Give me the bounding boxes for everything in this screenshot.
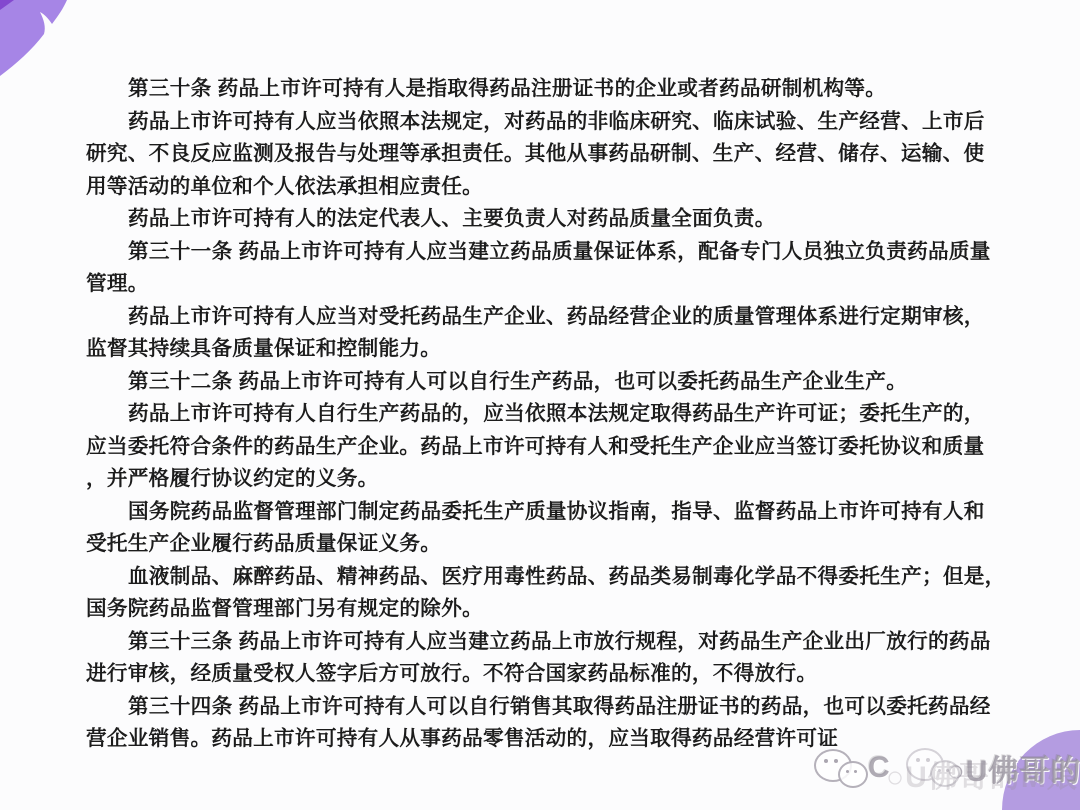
text-line: 国务院药品监督管理部门另有规定的除外。 bbox=[86, 593, 1004, 626]
text-line: 第三十三条 药品上市许可持有人应当建立药品上市放行规程，对药品生产企业出厂放行的… bbox=[86, 626, 1004, 659]
text-line: 管理。 bbox=[86, 268, 1004, 301]
wechat-bubble-small bbox=[930, 760, 960, 787]
corner-blob-top-left bbox=[0, 0, 90, 96]
blob-dark-accent bbox=[0, 0, 14, 10]
text-line: 受托生产企业履行药品质量保证义务。 bbox=[86, 528, 1004, 561]
text-line: 药品上市许可持有人应当对受托药品生产企业、药品经营企业的质量管理体系进行定期审核… bbox=[86, 301, 1004, 334]
text-line: 药品上市许可持有人自行生产药品的，应当依照本法规定取得药品生产许可证；委托生产的… bbox=[86, 398, 1004, 431]
document-body: 第三十条 药品上市许可持有人是指取得药品注册证书的企业或者药品研制机构等。药品上… bbox=[86, 73, 1004, 756]
text-line: 第三十条 药品上市许可持有人是指取得药品注册证书的企业或者药品研制机构等。 bbox=[86, 73, 1004, 106]
text-line: 药品上市许可持有人应当依照本法规定，对药品的非临床研究、临床试验、生产经营、上市… bbox=[86, 106, 1004, 139]
text-line: 监督其持续具备质量保证和控制能力。 bbox=[86, 333, 1004, 366]
corner-blob-bottom-right bbox=[1002, 730, 1080, 810]
text-line: 药品上市许可持有人的法定代表人、主要负责人对药品质量全面负责。 bbox=[86, 203, 1004, 236]
text-line: 国务院药品监督管理部门制定药品委托生产质量协议指南，指导、监督药品上市许可持有人… bbox=[86, 496, 1004, 529]
wechat-bubble-small bbox=[838, 761, 868, 788]
text-line: 第三十四条 药品上市许可持有人可以自行销售其取得药品注册证书的药品，也可以委托药… bbox=[86, 691, 1004, 724]
text-line: 用等活动的单位和个人依法承担相应责任。 bbox=[86, 171, 1004, 204]
text-line: 应当委托符合条件的药品生产企业。药品上市许可持有人和受托生产企业应当签订委托协议… bbox=[86, 431, 1004, 464]
text-line: 进行审核，经质量受权人签字后方可放行。不符合国家药品标准的，不得放行。 bbox=[86, 658, 1004, 691]
text-line: 第三十二条 药品上市许可持有人可以自行生产药品，也可以委托药品生产企业生产。 bbox=[86, 366, 1004, 399]
text-line: ，并严格履行协议约定的义务。 bbox=[86, 463, 1004, 496]
text-line: 研究、不良反应监测及报告与处理等承担责任。其他从事药品研制、生产、经营、储存、运… bbox=[86, 138, 1004, 171]
page: 第三十条 药品上市许可持有人是指取得药品注册证书的企业或者药品研制机构等。药品上… bbox=[0, 0, 1080, 810]
blob-shape bbox=[0, 0, 67, 76]
text-line: 第三十一条 药品上市许可持有人应当建立药品质量保证体系，配备专门人员独立负责药品… bbox=[86, 236, 1004, 269]
text-line: 营企业销售。药品上市许可持有人从事药品零售活动的，应当取得药品经营许可证 bbox=[86, 723, 1004, 756]
watermark-text-prefix: C bbox=[868, 751, 891, 785]
text-line: 血液制品、麻醉药品、精神药品、医疗用毒性药品、药品类易制毒化学品不得委托生产；但… bbox=[86, 561, 1004, 594]
